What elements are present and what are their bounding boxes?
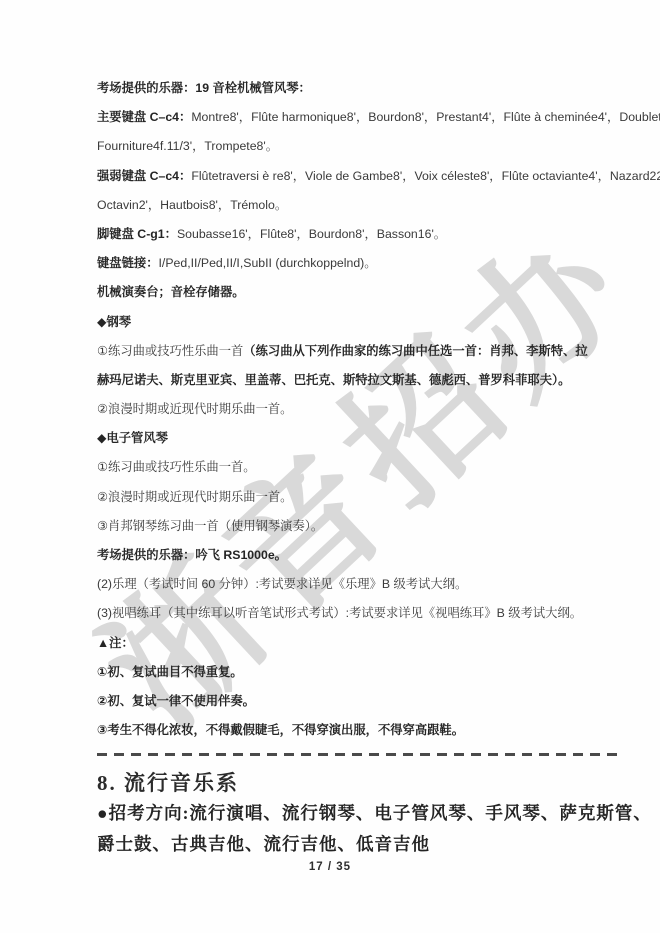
text-line: ①练习曲或技巧性乐曲一首。 bbox=[97, 453, 615, 482]
text-line: ①初、复试曲目不得重复。 bbox=[97, 658, 615, 687]
text-line: 强弱键盘 C–c4：Flûtetraversi è re8'，Viole de … bbox=[97, 162, 615, 191]
text-run: ③考生不得化浓妆，不得戴假睫毛，不得穿演出服，不得穿高跟鞋。 bbox=[97, 723, 464, 737]
text-line: 脚键盘 C-g1：Soubasse16'，Flûte8'，Bourdon8'，B… bbox=[97, 220, 615, 249]
text-line: (3)视唱练耳（其中练耳以听音笔试形式考试）:考试要求详见《视唱练耳》B 级考试… bbox=[97, 599, 615, 628]
section-title: 8. 流行音乐系 bbox=[97, 768, 615, 798]
admission-direction-line: ●招考方向:流行演唱、流行钢琴、电子管风琴、手风琴、萨克斯管、 bbox=[97, 798, 615, 829]
text-run: ③肖邦钢琴练习曲一首（使用钢琴演奏）。 bbox=[97, 519, 323, 533]
text-run: ①练习曲或技巧性乐曲一首 bbox=[97, 344, 243, 358]
text-line: ③考生不得化浓妆，不得戴假睫毛，不得穿演出服，不得穿高跟鞋。 bbox=[97, 716, 615, 745]
text-line: 主要键盘 C–c4：Montre8'，Flûte harmonique8'，Bo… bbox=[97, 103, 615, 132]
text-run: Octavin2'，Hautbois8'，Trémolo。 bbox=[97, 198, 287, 212]
text-line: 机械演奏台；音栓存储器。 bbox=[97, 278, 615, 307]
text-run: （练习曲从下列作曲家的练习曲中任选一首：肖邦、李斯特、拉 bbox=[243, 344, 587, 358]
text-run: 赫玛尼诺夫、斯克里亚宾、里盖蒂、巴托克、斯特拉文斯基、德彪西、普罗科菲耶夫）。 bbox=[97, 373, 570, 387]
document-content: 考场提供的乐器：19 音栓机械管风琴：主要键盘 C–c4：Montre8'，Fl… bbox=[97, 74, 615, 860]
text-run: Montre8'，Flûte harmonique8'，Bourdon8'，Pr… bbox=[191, 110, 660, 124]
text-run: 机械演奏台；音栓存储器。 bbox=[97, 285, 245, 299]
text-run: Flûtetraversi è re8'，Viole de Gambe8'，Vo… bbox=[191, 169, 660, 183]
text-run: 主要键盘 C–c4： bbox=[97, 110, 191, 124]
text-line: 考场提供的乐器：吟飞 RS1000e。 bbox=[97, 541, 615, 570]
text-run: 脚键盘 C-g1： bbox=[97, 227, 177, 241]
text-run: 强弱键盘 C–c4： bbox=[97, 169, 191, 183]
document-page: 浙音招办 考场提供的乐器：19 音栓机械管风琴：主要键盘 C–c4：Montre… bbox=[0, 0, 660, 933]
text-run: ①初、复试曲目不得重复。 bbox=[97, 665, 243, 679]
admission-direction-line: 爵士鼓、古典吉他、流行吉他、低音吉他 bbox=[97, 829, 615, 860]
text-line: 键盘链接：I/Ped,II/Ped,II/I,SubII (durchkoppe… bbox=[97, 249, 615, 278]
text-run: ◆电子管风琴 bbox=[97, 431, 168, 445]
text-line: (2)乐理（考试时间 60 分钟）:考试要求详见《乐理》B 级考试大纲。 bbox=[97, 570, 615, 599]
text-line: Octavin2'，Hautbois8'，Trémolo。 bbox=[97, 191, 615, 220]
text-run: ①练习曲或技巧性乐曲一首。 bbox=[97, 460, 256, 474]
text-line: Fourniture4f.11/3'，Trompete8'。 bbox=[97, 132, 615, 161]
text-line: ◆钢琴 bbox=[97, 308, 615, 337]
dashed-separator bbox=[97, 753, 619, 756]
text-line: 考场提供的乐器：19 音栓机械管风琴： bbox=[97, 74, 615, 103]
admission-directions: ●招考方向:流行演唱、流行钢琴、电子管风琴、手风琴、萨克斯管、爵士鼓、古典吉他、… bbox=[97, 798, 615, 860]
text-run: ②浪漫时期或近现代时期乐曲一首。 bbox=[97, 402, 292, 416]
text-run: 键盘链接： bbox=[97, 256, 159, 270]
text-run: Fourniture4f.11/3'，Trompete8'。 bbox=[97, 139, 278, 153]
document-body: 考场提供的乐器：19 音栓机械管风琴：主要键盘 C–c4：Montre8'，Fl… bbox=[97, 74, 615, 745]
text-line: ①练习曲或技巧性乐曲一首（练习曲从下列作曲家的练习曲中任选一首：肖邦、李斯特、拉 bbox=[97, 337, 615, 366]
text-run: (3)视唱练耳（其中练耳以听音笔试形式考试）:考试要求详见《视唱练耳》B 级考试… bbox=[97, 606, 582, 620]
text-line: ◆电子管风琴 bbox=[97, 424, 615, 453]
text-run: Soubasse16'，Flûte8'，Bourdon8'，Basson16'。 bbox=[177, 227, 446, 241]
text-line: ③肖邦钢琴练习曲一首（使用钢琴演奏）。 bbox=[97, 512, 615, 541]
text-run: ▲注： bbox=[97, 636, 134, 650]
text-run: (2)乐理（考试时间 60 分钟）:考试要求详见《乐理》B 级考试大纲。 bbox=[97, 577, 467, 591]
text-run: ◆钢琴 bbox=[97, 315, 131, 329]
text-run: 考场提供的乐器：吟飞 RS1000e。 bbox=[97, 548, 287, 562]
text-line: ②初、复试一律不使用伴奏。 bbox=[97, 687, 615, 716]
text-line: ▲注： bbox=[97, 629, 615, 658]
text-run: 考场提供的乐器：19 音栓机械管风琴： bbox=[97, 81, 311, 95]
text-line: 赫玛尼诺夫、斯克里亚宾、里盖蒂、巴托克、斯特拉文斯基、德彪西、普罗科菲耶夫）。 bbox=[97, 366, 615, 395]
text-line: ②浪漫时期或近现代时期乐曲一首。 bbox=[97, 483, 615, 512]
text-run: ②浪漫时期或近现代时期乐曲一首。 bbox=[97, 490, 292, 504]
page-number: 17 / 35 bbox=[0, 861, 660, 873]
text-run: ②初、复试一律不使用伴奏。 bbox=[97, 694, 255, 708]
text-line: ②浪漫时期或近现代时期乐曲一首。 bbox=[97, 395, 615, 424]
text-run: I/Ped,II/Ped,II/I,SubII (durchkoppelnd)。 bbox=[159, 256, 377, 270]
